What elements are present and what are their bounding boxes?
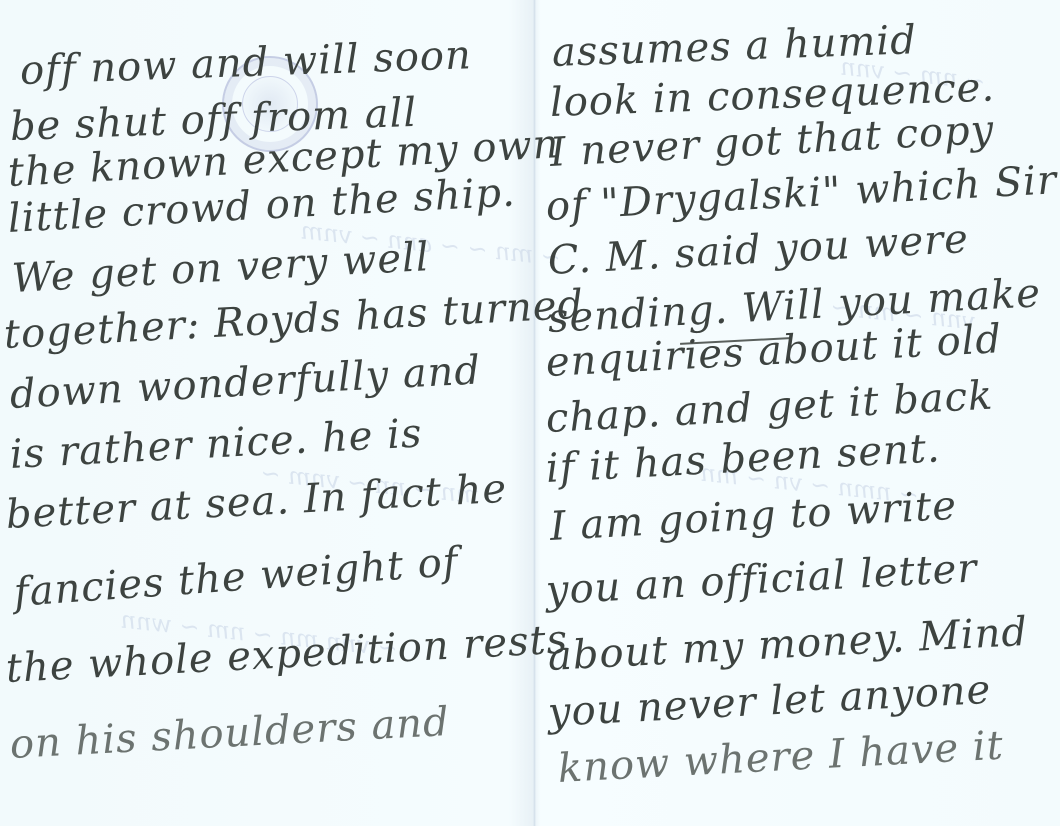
- left-line-11: the whole expedition rests: [5, 617, 569, 692]
- left-line-10: fancies the weight of: [12, 539, 460, 616]
- right-line-13: you never let anyone: [547, 667, 992, 736]
- right-line-11: you an official letter: [545, 545, 979, 614]
- right-line-10: I am going to write: [549, 483, 958, 550]
- right-line-14: know where I have it: [557, 723, 1005, 792]
- left-page: off now and will soon be shut off from a…: [0, 0, 530, 826]
- right-page: assumes a humid look in consequence. I n…: [540, 0, 1060, 826]
- left-line-1: off now and will soon: [19, 32, 472, 94]
- left-line-8: is rather nice. he is: [9, 410, 424, 478]
- left-line-9: better at sea. In fact he: [5, 466, 508, 538]
- left-line-5: We get on very well: [11, 234, 431, 302]
- right-line-1: assumes a humid: [551, 17, 917, 76]
- left-line-12: on his shoulders and: [9, 699, 451, 768]
- left-line-7: down wonderfully and: [9, 347, 482, 418]
